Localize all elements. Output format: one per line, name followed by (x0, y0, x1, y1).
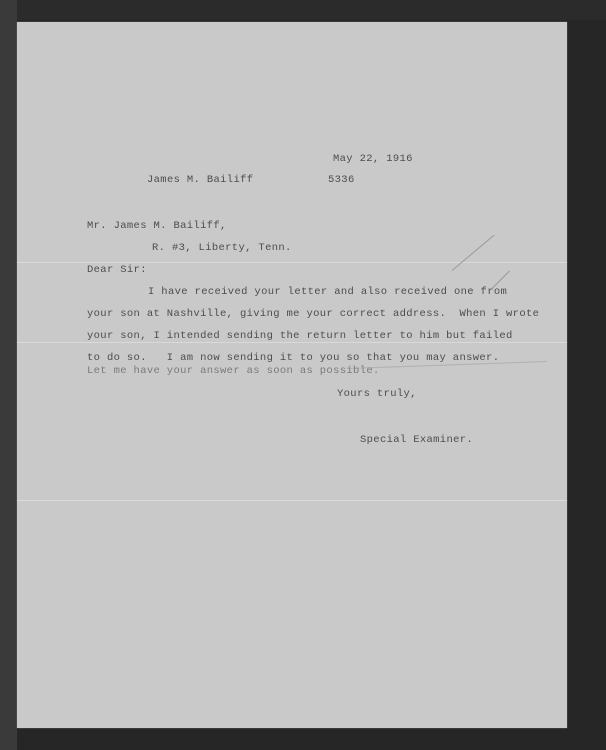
body-line: to do so. I am now sending it to you so … (87, 352, 499, 364)
fold-line (17, 262, 567, 263)
scan-background-top (0, 0, 606, 20)
body-line: Let me have your answer as soon as possi… (87, 365, 380, 377)
fold-line (17, 500, 567, 501)
fold-line (17, 342, 567, 343)
signature-title: Special Examiner. (360, 434, 473, 446)
body-line: your son at Nashville, giving me your co… (87, 308, 539, 320)
subject-name: James M. Bailiff (147, 174, 253, 186)
body-line: your son, I intended sending the return … (87, 330, 513, 342)
letter-page: May 22, 1916 James M. Bailiff 5336 Mr. J… (17, 22, 567, 728)
recipient-address: R. #3, Liberty, Tenn. (152, 242, 292, 254)
scan-background-left (0, 0, 17, 750)
file-number: 5336 (328, 174, 355, 186)
letter-date: May 22, 1916 (333, 153, 413, 165)
salutation: Dear Sir: (87, 264, 147, 276)
recipient-name: Mr. James M. Bailiff, (87, 220, 227, 232)
body-line: I have received your letter and also rec… (148, 286, 507, 298)
closing: Yours truly, (337, 388, 417, 400)
pencil-mark (452, 235, 495, 271)
